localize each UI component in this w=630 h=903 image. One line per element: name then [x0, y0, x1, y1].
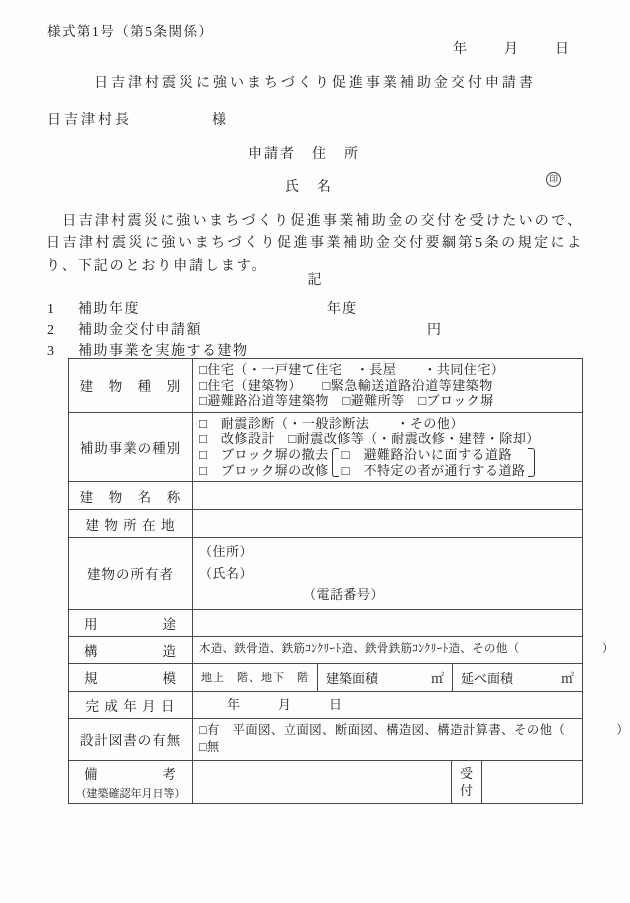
row-project-type: 補助事業の種別 □ 耐震診断（・一般診断法 ・その他） □ 改修設計 □耐震改修…	[69, 412, 582, 481]
square-meter-unit: ㎡	[561, 668, 574, 687]
date-field: 年 月 日	[453, 38, 572, 58]
page-title: 日吉津村震災に強いまちづくり促進事業補助金交付申請書	[0, 72, 630, 92]
label-char: 途	[163, 613, 178, 633]
remarks-sublabel: （建築確認年月日等）	[74, 785, 187, 801]
row-building-name: 建 物 名 称	[69, 481, 582, 509]
block-wall-actions: □ ブロック塀の撤去 □ ブロック塀の改修	[199, 447, 329, 478]
cell-content: 木造、鉄骨造、鉄筋ｺﾝｸﾘｰﾄ造、鉄骨鉄筋ｺﾝｸﾘｰﾄ造、その他（ ）	[193, 637, 620, 663]
label-char: 備	[84, 763, 99, 783]
item-subsidy-year: 1補助年度 年度	[47, 298, 583, 319]
owner-address-label: （住所）	[199, 541, 576, 563]
checkbox-line: □住宅（建築物） □緊急輸送道路沿道等建築物	[199, 378, 576, 394]
row-building-owner: 建物の所有者 （住所） （氏名） （電話番号）	[69, 537, 582, 609]
building-area-field: 建築面積 ㎡	[318, 664, 453, 691]
building-area-label: 建築面積	[326, 668, 378, 687]
cell-content: 受 付	[193, 761, 582, 803]
cell-label: 備 考 （建築確認年月日等）	[69, 761, 193, 803]
numbered-items: 1補助年度 年度 2補助金交付申請額 円 3補助事業を実施する建物	[47, 298, 583, 361]
item-suffix: 年度	[327, 298, 357, 318]
checkbox-line: □住宅（・一戸建て住宅 ・長屋 ・共同住宅）	[199, 362, 576, 378]
item-label: 補助事業を実施する建物	[78, 344, 249, 359]
building-info-table: 建 物 種 別 □住宅（・一戸建て住宅 ・長屋 ・共同住宅） □住宅（建築物） …	[68, 358, 583, 804]
checkbox-line: □ ブロック塀の撤去	[199, 447, 329, 463]
total-area-field: 延べ面積 ㎡	[453, 664, 582, 691]
cell-content: 年 月 日	[193, 692, 582, 718]
row-remarks: 備 考 （建築確認年月日等） 受 付	[69, 760, 582, 803]
cell-value	[193, 510, 582, 537]
row-building-location: 建 物 所 在 地	[69, 509, 582, 537]
item-label: 補助金交付申請額	[78, 323, 202, 338]
cell-label: 建物の所有者	[69, 538, 193, 609]
label-char: 規	[84, 667, 99, 687]
item-label: 補助年度	[78, 302, 140, 317]
body-paragraph: 日吉津村震災に強いまちづくり促進事業補助金の交付を受けたいので、日吉津村震災に強…	[46, 211, 583, 278]
road-conditions: □ 避難路沿いに面する道路 □ 不特定の者が通行する道路	[342, 447, 526, 478]
owner-name-label: （氏名）	[199, 563, 576, 585]
label-char: 模	[163, 667, 178, 687]
cell-label: 用 途	[69, 610, 193, 636]
cell-label: 建 物 名 称	[69, 482, 193, 509]
row-scale: 規 模 地上 階、地下 階 建築面積 ㎡ 延べ面積 ㎡	[69, 663, 582, 691]
cell-content: 地上 階、地下 階 建築面積 ㎡ 延べ面積 ㎡	[193, 664, 582, 691]
applicant-address-label: 申請者 住 所	[248, 143, 360, 163]
application-form-page: 様式第1号（第5条関係） 年 月 日 日吉津村震災に強いまちづくり促進事業補助金…	[0, 0, 630, 903]
checkbox-line: □ ブロック塀の改修	[199, 463, 329, 479]
reception-char: 受	[460, 765, 473, 782]
seal-mark-icon: 印	[546, 172, 561, 187]
floors-field: 地上 階、地下 階	[193, 664, 318, 691]
checkbox-line: □ 改修設計 □耐震改修等（・耐震改修・建替・除却）	[199, 431, 576, 447]
checkbox-line: □避難路沿道等建築物 □避難所等 □ブロック塀	[199, 393, 576, 409]
label-char: 用	[84, 613, 99, 633]
cell-label: 建 物 所 在 地	[69, 510, 193, 537]
label-char: 造	[163, 640, 178, 660]
reception-stamp-cell: 受 付	[452, 761, 482, 803]
remarks-value	[193, 761, 452, 803]
cell-content: □有 平面図、立面図、断面図、構造図、構造計算書、その他（ ） □無	[193, 719, 630, 760]
row-building-type: 建 物 種 別 □住宅（・一戸建て住宅 ・長屋 ・共同住宅） □住宅（建築物） …	[69, 359, 582, 412]
label-char: 構	[84, 640, 99, 660]
row-usage: 用 途	[69, 609, 582, 636]
reception-char: 付	[460, 782, 473, 799]
checkbox-line: □有 平面図、立面図、断面図、構造図、構造計算書、その他（ ）	[199, 722, 629, 739]
cell-content: □住宅（・一戸建て住宅 ・長屋 ・共同住宅） □住宅（建築物） □緊急輸送道路沿…	[193, 359, 582, 412]
checkbox-line: □ 耐震診断（・一般診断法 ・その他）	[199, 416, 576, 432]
owner-phone-label: （電話番号）	[199, 584, 576, 606]
cell-value	[193, 482, 582, 509]
applicant-name-label: 氏 名	[285, 176, 333, 196]
completion-date-field: 年 月 日	[199, 697, 576, 713]
row-completion-date: 完 成 年 月 日 年 月 日	[69, 691, 582, 718]
item-number: 1	[47, 302, 78, 318]
honorific: 様	[212, 113, 226, 128]
square-meter-unit: ㎡	[431, 668, 444, 687]
cell-label: 補助事業の種別	[69, 413, 193, 481]
cell-label: 規 模	[69, 664, 193, 691]
row-design-drawings: 設計図書の有無 □有 平面図、立面図、断面図、構造図、構造計算書、その他（ ） …	[69, 718, 582, 760]
cell-value	[193, 610, 582, 636]
block-wall-options: □ ブロック塀の撤去 □ ブロック塀の改修 □ 避難路沿いに面する道路 □ 不特…	[199, 447, 576, 478]
cell-label: 建 物 種 別	[69, 359, 193, 412]
reception-value-cell	[482, 761, 582, 803]
row-structure: 構 造 木造、鉄骨造、鉄筋ｺﾝｸﾘｰﾄ造、鉄骨鉄筋ｺﾝｸﾘｰﾄ造、その他（ ）	[69, 636, 582, 663]
checkbox-line: □ 不特定の者が通行する道路	[342, 463, 526, 479]
cell-label: 完 成 年 月 日	[69, 692, 193, 718]
label-char: 考	[163, 763, 178, 783]
total-area-label: 延べ面積	[461, 668, 513, 687]
checkbox-line: □無	[199, 739, 629, 756]
cell-label: 設計図書の有無	[69, 719, 193, 760]
bracket-right-icon	[528, 448, 535, 477]
form-number: 様式第1号（第5条関係）	[47, 20, 214, 40]
structure-options: 木造、鉄骨造、鉄筋ｺﾝｸﾘｰﾄ造、鉄骨鉄筋ｺﾝｸﾘｰﾄ造、その他（ ）	[199, 642, 614, 658]
item-number: 2	[47, 323, 78, 339]
record-marker: 記	[0, 269, 630, 289]
cell-content: □ 耐震診断（・一般診断法 ・その他） □ 改修設計 □耐震改修等（・耐震改修・…	[193, 413, 582, 481]
item-suffix: 円	[427, 319, 442, 339]
cell-content: （住所） （氏名） （電話番号）	[193, 538, 582, 609]
bracket-left-icon	[332, 448, 339, 477]
checkbox-line: □ 避難路沿いに面する道路	[342, 447, 526, 463]
addressee: 日吉津村長	[47, 113, 132, 128]
addressee-line: 日吉津村長様	[47, 109, 226, 129]
item-application-amount: 2補助金交付申請額 円	[47, 319, 583, 340]
cell-label: 構 造	[69, 637, 193, 663]
